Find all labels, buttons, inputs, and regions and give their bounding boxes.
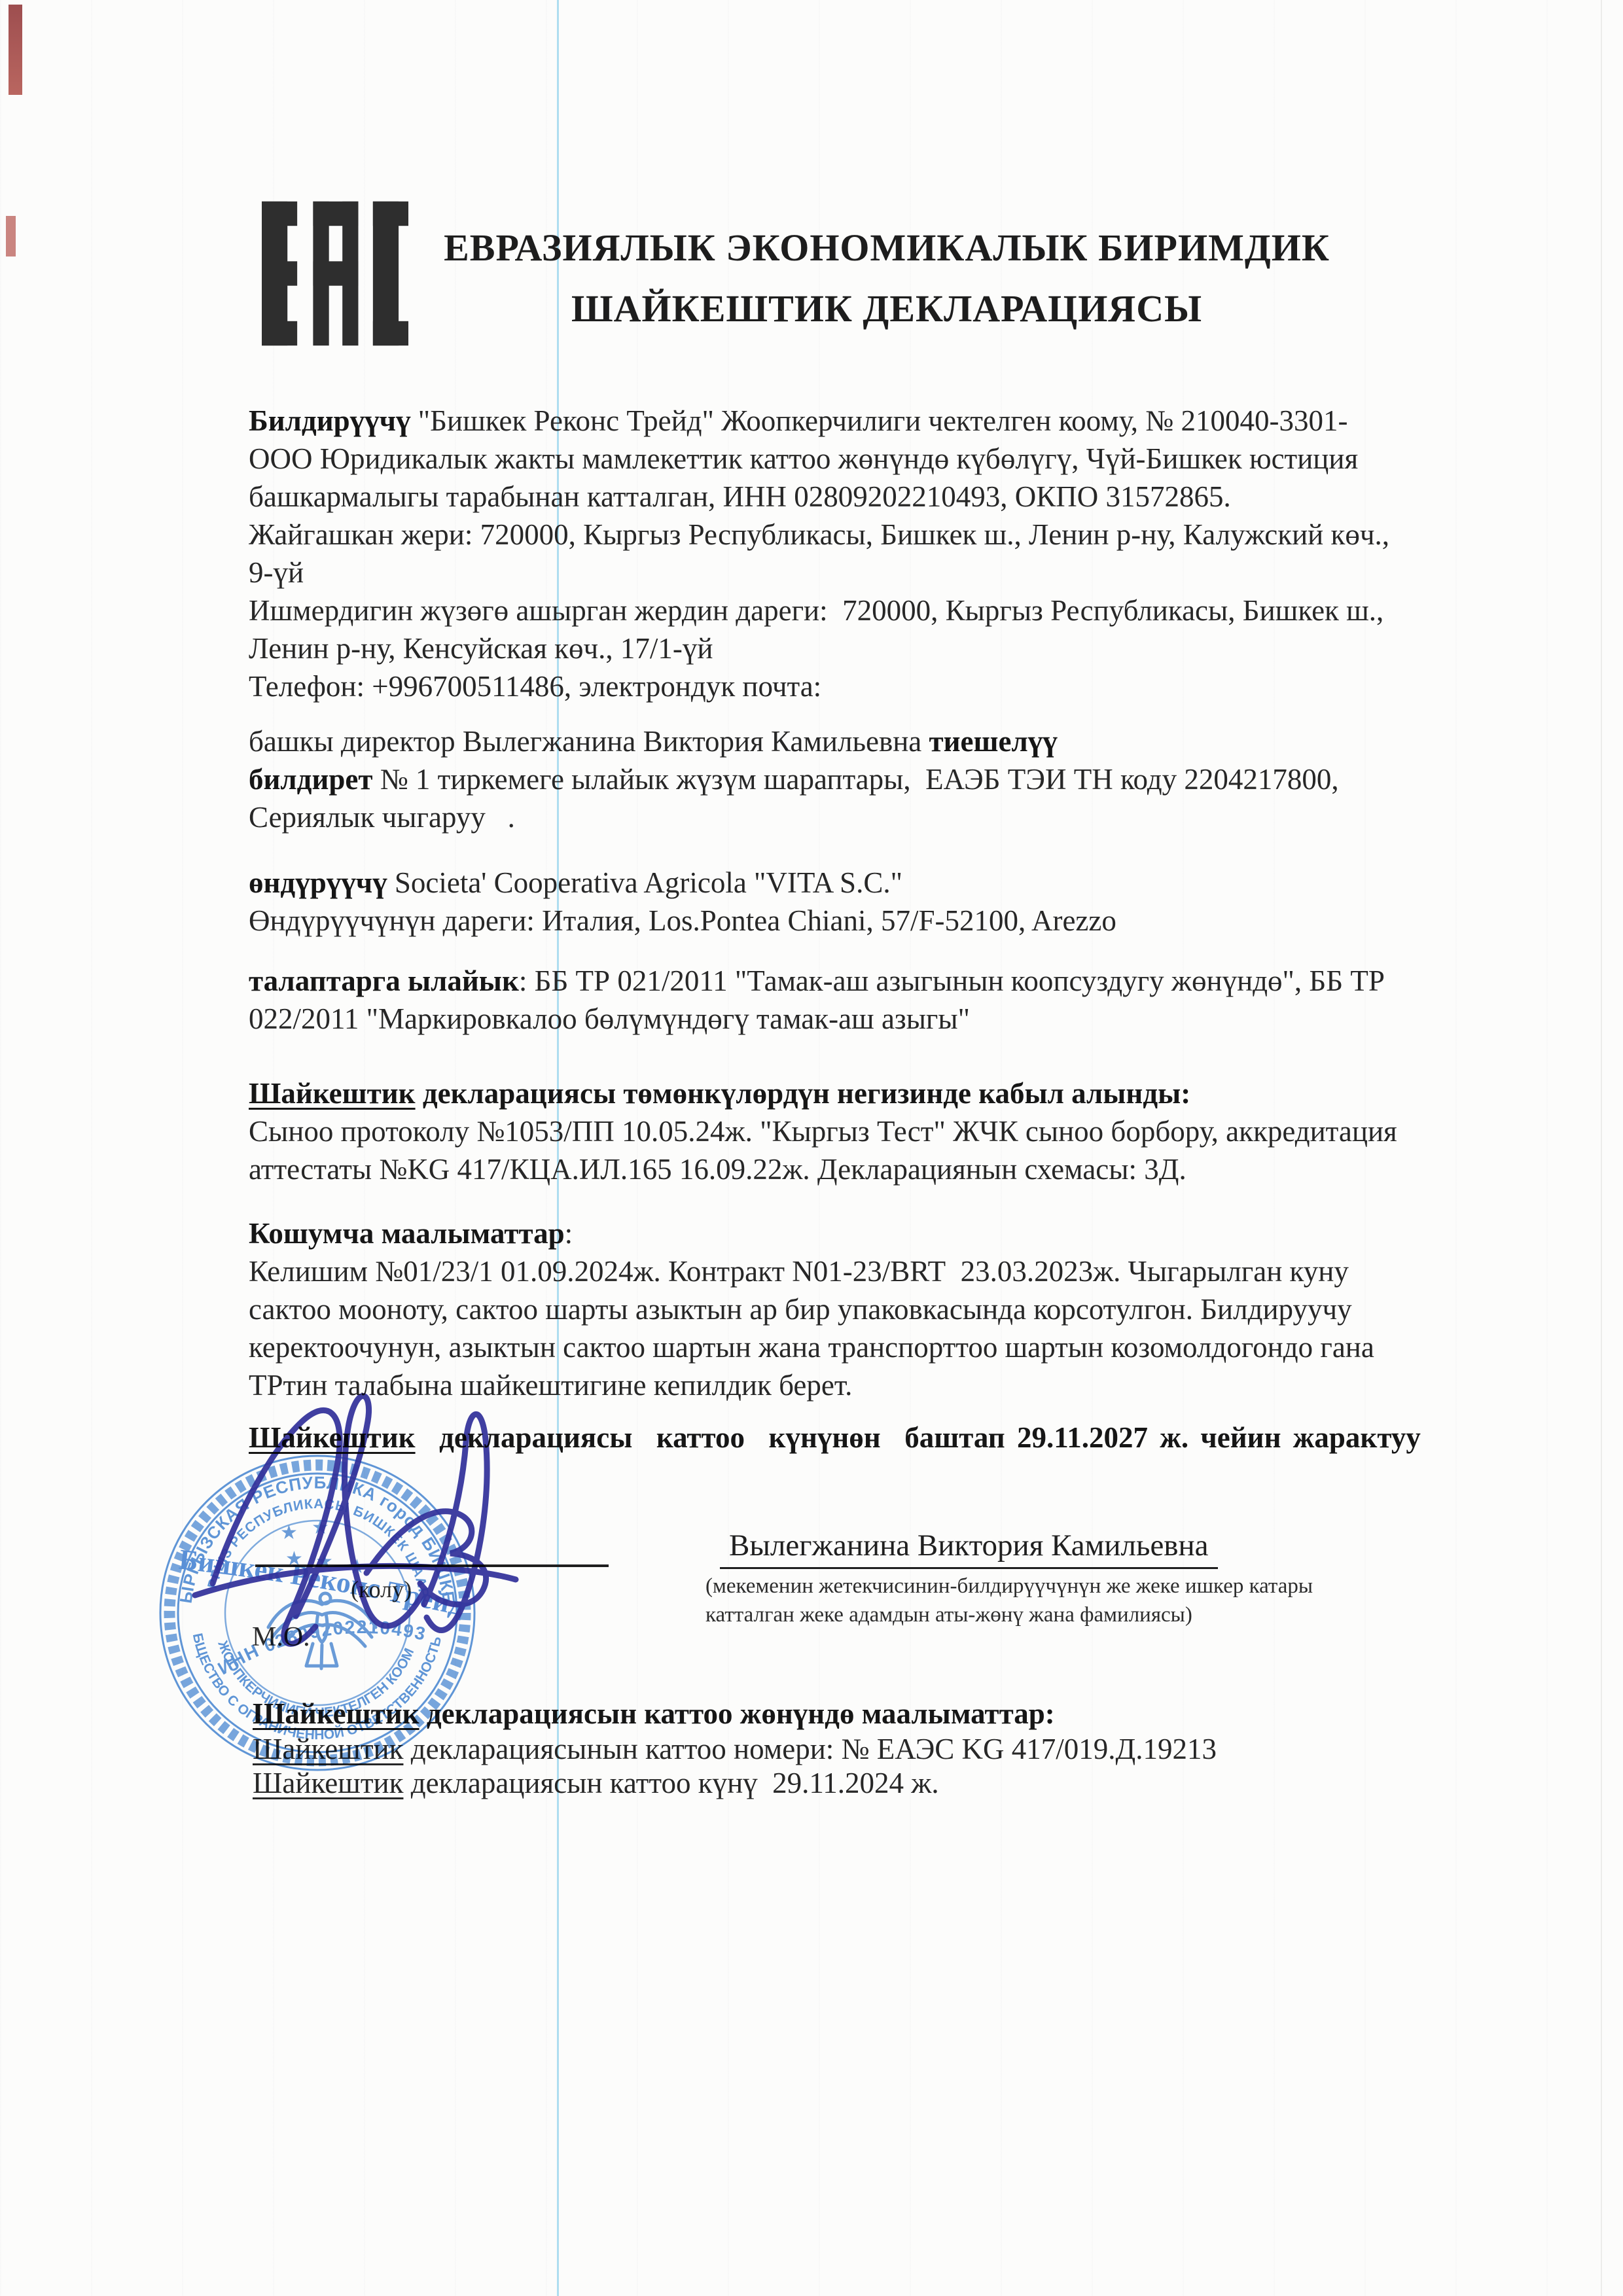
svg-text:ИНН 02809202210493: ИНН 02809202210493 — [214, 1617, 428, 1678]
registration-number-line: Шайкештик декларациясынын каттоо номери:… — [253, 1733, 1217, 1765]
requirements-line-2: 022/2011 "Маркировкалоо бөлүмүндөгү тама… — [249, 1002, 970, 1035]
additional-heading: Кошумча маалыматтар: — [249, 1217, 573, 1250]
scan-edge-line — [1601, 0, 1602, 2296]
additional-line-1: Келишим №01/23/1 01.09.2024ж. Контракт N… — [249, 1255, 1349, 1288]
basis-line-1: Сыноо протоколу №1053/ПП 10.05.24ж. "Кыр… — [249, 1115, 1397, 1148]
declarant-line-1-text: "Бишкек Реконс Трейд" Жоопкерчилиги чект… — [411, 404, 1348, 437]
title-line-1: ЕВРАЗИЯЛЫК ЭКОНОМИКАЛЫК БИРИМДИК — [353, 226, 1420, 270]
declarant-line-7: Ленин р-ну, Кенсуйская көч., 17/1-үй — [249, 632, 713, 665]
manufacturer-line-2: Өндүрүүчүнүн дареги: Италия, Los.Pontea … — [249, 904, 1116, 937]
registration-number: декларациясынын каттоо номери: № ЕАЭС KG… — [403, 1733, 1217, 1765]
requirements-text: : ББ ТР 021/2011 "Тамак-аш азыгынын кооп… — [519, 964, 1385, 997]
requirements-label: талаптарга ылайык — [249, 964, 519, 997]
manufacturer-name: Societa' Cooperativa Agricola "VITA S.C.… — [387, 866, 902, 899]
declarant-line-5: 9-үй — [249, 556, 304, 589]
svg-text:Бишкек Реконс Трейд: Бишкек Реконс Трейд — [177, 1544, 467, 1622]
stamp-and-signature-overlay: КЫРГЫЗСКАЯ РЕСПУБЛИКА город БИШКЕК КЫРГЫ… — [0, 0, 1623, 2296]
svg-text:★: ★ — [315, 1551, 333, 1572]
declarant-line-3: башкармалыгы тарабынан катталган, ИНН 02… — [249, 480, 1231, 513]
basis-line-2: аттестаты №KG 417/КЦА.ИЛ.165 16.09.22ж. … — [249, 1153, 1186, 1186]
requirements-line-1: талаптарга ылайык: ББ ТР 021/2011 "Тамак… — [249, 964, 1385, 997]
signatory-name: Вылегжанина Виктория Камильевна — [720, 1528, 1218, 1569]
scan-blue-line — [557, 0, 559, 2296]
registration-heading: Шайкештик декларациясын каттоо жөнүндө м… — [253, 1697, 1055, 1730]
validity-line: Шайкештик декларациясы каттоо күнүнөн ба… — [249, 1421, 1421, 1454]
svg-text:★: ★ — [280, 1522, 298, 1544]
seal-place-label: М.О. — [252, 1621, 310, 1653]
additional-heading-bold: Кошумча маалыматтар — [249, 1217, 565, 1250]
signatory-note-line-2: катталган жеке адамдын аты-жөнү жана фам… — [705, 1603, 1192, 1627]
declarant-line-2: ООО Юридикалык жакты мамлекеттик каттоо … — [249, 442, 1358, 475]
stamp-center-name: Бишкек Реконс Трейд — [177, 1544, 467, 1622]
svg-text:★: ★ — [312, 1517, 329, 1538]
product-line-1-bold: тиешелүү — [929, 725, 1058, 758]
signature-rule — [255, 1564, 609, 1567]
scan-artifact-mark-top — [9, 5, 22, 95]
document-title: ЕВРАЗИЯЛЫК ЭКОНОМИКАЛЫК БИРИМДИК ШАЙКЕШТ… — [353, 226, 1420, 330]
basis-heading: Шайкештик декларациясы төмөнкүлөрдүн нег… — [249, 1077, 1190, 1110]
registration-date: декларациясын каттоо күнү 29.11.2024 ж. — [403, 1767, 938, 1799]
declarant-line-6: Ишмердигин жүзөгө ашырган жердин дареги:… — [249, 594, 1383, 627]
stamp-stars: ★ ★ ★ ★ ★ — [280, 1517, 366, 1578]
product-line-2-text: № 1 тиркемеге ылайык жүзүм шараптары, ЕА… — [372, 763, 1338, 796]
registration-heading-rest: декларациясын каттоо жөнүндө маалыматтар… — [419, 1697, 1055, 1730]
product-line-2: билдирет № 1 тиркемеге ылайык жүзүм шара… — [249, 763, 1339, 796]
product-line-1-text: башкы директор Вылегжанина Виктория Ками… — [249, 725, 929, 758]
signatory-note-line-1: (мекеменин жетекчисинин-билдирүүчүнүн же… — [705, 1574, 1313, 1598]
registration-number-underlined: Шайкештик — [253, 1733, 403, 1765]
title-line-2: ШАЙКЕШТИК ДЕКЛАРАЦИЯСЫ — [353, 287, 1420, 330]
product-line-3: Сериялык чыгаруу . — [249, 801, 515, 834]
additional-heading-colon: : — [565, 1217, 573, 1250]
scan-streaks — [0, 0, 1623, 2296]
basis-heading-rest: декларациясы төмөнкүлөрдүн негизинде каб… — [416, 1077, 1191, 1110]
product-line-1: башкы директор Вылегжанина Виктория Ками… — [249, 725, 1058, 758]
declarant-label: Билдирүүчү — [249, 404, 411, 437]
declarant-line-8: Телефон: +996700511486, электрондук почт… — [249, 670, 821, 703]
registration-date-underlined: Шайкештик — [253, 1767, 403, 1799]
manufacturer-line-1: өндүрүүчү Societa' Cooperativa Agricola … — [249, 866, 902, 899]
validity-rest: декларациясы каттоо күнүнөн баштап 29.11… — [416, 1421, 1421, 1454]
signature-rule-label: (колу) — [351, 1576, 412, 1603]
declarant-line-1: Билдирүүчү "Бишкек Реконс Трейд" Жоопкер… — [249, 404, 1347, 437]
basis-heading-underlined: Шайкештик — [249, 1077, 416, 1110]
declarant-line-4: Жайгашкан жери: 720000, Кыргыз Республик… — [249, 518, 1389, 551]
registration-heading-underlined: Шайкештик — [253, 1697, 419, 1730]
validity-underlined: Шайкештик — [249, 1421, 416, 1454]
product-line-2-bold: билдирет — [249, 763, 372, 796]
manufacturer-label: өндүрүүчү — [249, 866, 387, 899]
additional-line-4: ТРтин талабына шайкештигине кепилдик бер… — [249, 1369, 852, 1402]
additional-line-2: сактоо мооноту, сактоо шарты азыктын ар … — [249, 1293, 1352, 1326]
registration-date-line: Шайкештик декларациясын каттоо күнү 29.1… — [253, 1767, 939, 1799]
stamp-inn-text: ИНН 02809202210493 — [214, 1617, 428, 1678]
additional-line-3: керектоочунун, азыктын сактоо шартын жан… — [249, 1331, 1374, 1364]
scan-artifact-mark-left — [6, 216, 16, 256]
scanned-declaration-document: { "header": { "eac_logo": "EAC conformit… — [0, 0, 1623, 2296]
